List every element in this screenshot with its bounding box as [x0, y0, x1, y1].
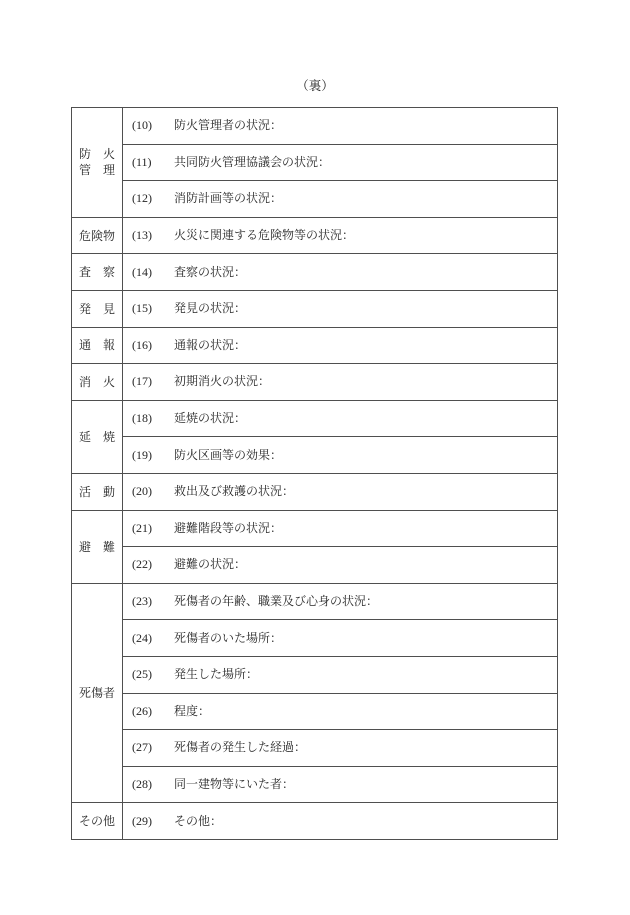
item-label: 共同防火管理協議会の状況：: [174, 155, 330, 169]
category-label: 発見: [79, 301, 115, 317]
item-number: (15): [132, 301, 162, 316]
item-cell: (20)救出及び救護の状況：: [123, 473, 558, 510]
item-cell: (12)消防計画等の状況：: [123, 181, 558, 218]
category-cell-5: 消火: [72, 364, 123, 401]
item-label: 発生した場所：: [174, 667, 258, 681]
category-label: 通報: [79, 337, 115, 353]
item-number: (19): [132, 448, 162, 463]
category-label: 防火: [79, 146, 115, 162]
item-cell: (15)発見の状況：: [123, 290, 558, 327]
item-label: 通報の状況：: [174, 338, 246, 352]
item-label: 同一建物等にいた者：: [174, 777, 294, 791]
item-label: 死傷者のいた場所：: [174, 631, 282, 645]
category-cell-4: 通報: [72, 327, 123, 364]
item-cell: (29)その他：: [123, 803, 558, 840]
category-cell-0: 防火管理: [72, 108, 123, 218]
table-row: 防火管理(10)防火管理者の状況：: [72, 108, 558, 145]
item-number: (16): [132, 338, 162, 353]
table-row: 通報(16)通報の状況：: [72, 327, 558, 364]
item-cell: (23)死傷者の年齢、職業及び心身の状況：: [123, 583, 558, 620]
category-label: 消火: [79, 374, 115, 390]
category-label: その他: [79, 813, 115, 829]
item-number: (13): [132, 228, 162, 243]
item-cell: (18)延焼の状況：: [123, 400, 558, 437]
page-side-label: （裏）: [0, 78, 630, 94]
item-number: (11): [132, 155, 162, 170]
item-label: 程度：: [174, 704, 210, 718]
item-number: (14): [132, 265, 162, 280]
table-row: (12)消防計画等の状況：: [72, 181, 558, 218]
item-number: (18): [132, 411, 162, 426]
table-row: 消火(17)初期消火の状況：: [72, 364, 558, 401]
table-row: 避難(21)避難階段等の状況：: [72, 510, 558, 547]
item-label: 延焼の状況：: [174, 411, 246, 425]
item-cell: (10)防火管理者の状況：: [123, 108, 558, 145]
item-cell: (11)共同防火管理協議会の状況：: [123, 144, 558, 181]
item-label: 防火管理者の状況：: [174, 118, 282, 132]
category-cell-7: 活動: [72, 473, 123, 510]
item-cell: (17)初期消火の状況：: [123, 364, 558, 401]
category-label: 危険物: [79, 228, 115, 244]
item-label: 防火区画等の効果：: [174, 448, 282, 462]
fire-report-table: 防火管理(10)防火管理者の状況：(11)共同防火管理協議会の状況：(12)消防…: [71, 107, 558, 840]
table-row: 発見(15)発見の状況：: [72, 290, 558, 327]
item-number: (28): [132, 777, 162, 792]
item-label: 火災に関連する危険物等の状況：: [174, 228, 354, 242]
table-row: 延焼(18)延焼の状況：: [72, 400, 558, 437]
item-number: (26): [132, 704, 162, 719]
item-cell: (25)発生した場所：: [123, 656, 558, 693]
item-number: (17): [132, 374, 162, 389]
item-number: (10): [132, 118, 162, 133]
item-number: (20): [132, 484, 162, 499]
category-label: 管理: [79, 162, 115, 178]
item-label: 査察の状況：: [174, 265, 246, 279]
item-label: その他：: [174, 814, 222, 828]
item-number: (29): [132, 814, 162, 829]
item-label: 消防計画等の状況：: [174, 191, 282, 205]
item-cell: (27)死傷者の発生した経過：: [123, 730, 558, 767]
item-cell: (26)程度：: [123, 693, 558, 730]
item-cell: (28)同一建物等にいた者：: [123, 766, 558, 803]
item-cell: (21)避難階段等の状況：: [123, 510, 558, 547]
table-row: (24)死傷者のいた場所：: [72, 620, 558, 657]
table-row: 危険物(13)火災に関連する危険物等の状況：: [72, 217, 558, 254]
item-number: (27): [132, 740, 162, 755]
item-cell: (24)死傷者のいた場所：: [123, 620, 558, 657]
table-row: (27)死傷者の発生した経過：: [72, 730, 558, 767]
category-cell-1: 危険物: [72, 217, 123, 254]
table-row: 活動(20)救出及び救護の状況：: [72, 473, 558, 510]
table-row: (25)発生した場所：: [72, 656, 558, 693]
table-row: (28)同一建物等にいた者：: [72, 766, 558, 803]
table-row: (11)共同防火管理協議会の状況：: [72, 144, 558, 181]
item-label: 避難の状況：: [174, 557, 246, 571]
category-cell-8: 避難: [72, 510, 123, 583]
item-cell: (14)査察の状況：: [123, 254, 558, 291]
table-row: (19)防火区画等の効果：: [72, 437, 558, 474]
item-number: (23): [132, 594, 162, 609]
category-label: 延焼: [79, 429, 115, 445]
item-number: (12): [132, 191, 162, 206]
category-label: 査察: [79, 264, 115, 280]
item-cell: (22)避難の状況：: [123, 547, 558, 584]
item-label: 死傷者の発生した経過：: [174, 740, 306, 754]
item-label: 避難階段等の状況：: [174, 521, 282, 535]
category-label: 死傷者: [79, 685, 115, 701]
category-cell-9: 死傷者: [72, 583, 123, 803]
table-row: 査察(14)査察の状況：: [72, 254, 558, 291]
item-cell: (16)通報の状況：: [123, 327, 558, 364]
item-label: 発見の状況：: [174, 301, 246, 315]
category-label: 活動: [79, 484, 115, 500]
item-number: (25): [132, 667, 162, 682]
table-row: 死傷者(23)死傷者の年齢、職業及び心身の状況：: [72, 583, 558, 620]
category-cell-2: 査察: [72, 254, 123, 291]
item-label: 救出及び救護の状況：: [174, 484, 294, 498]
category-label: 避難: [79, 539, 115, 555]
item-number: (24): [132, 631, 162, 646]
item-cell: (13)火災に関連する危険物等の状況：: [123, 217, 558, 254]
item-number: (22): [132, 557, 162, 572]
category-cell-10: その他: [72, 803, 123, 840]
item-label: 死傷者の年齢、職業及び心身の状況：: [174, 594, 378, 608]
table-row: (26)程度：: [72, 693, 558, 730]
item-number: (21): [132, 521, 162, 536]
table-row: その他(29)その他：: [72, 803, 558, 840]
item-label: 初期消火の状況：: [174, 374, 270, 388]
document-page: （裏） 防火管理(10)防火管理者の状況：(11)共同防火管理協議会の状況：(1…: [0, 0, 630, 915]
table-row: (22)避難の状況：: [72, 547, 558, 584]
category-cell-3: 発見: [72, 290, 123, 327]
item-cell: (19)防火区画等の効果：: [123, 437, 558, 474]
category-cell-6: 延焼: [72, 400, 123, 473]
